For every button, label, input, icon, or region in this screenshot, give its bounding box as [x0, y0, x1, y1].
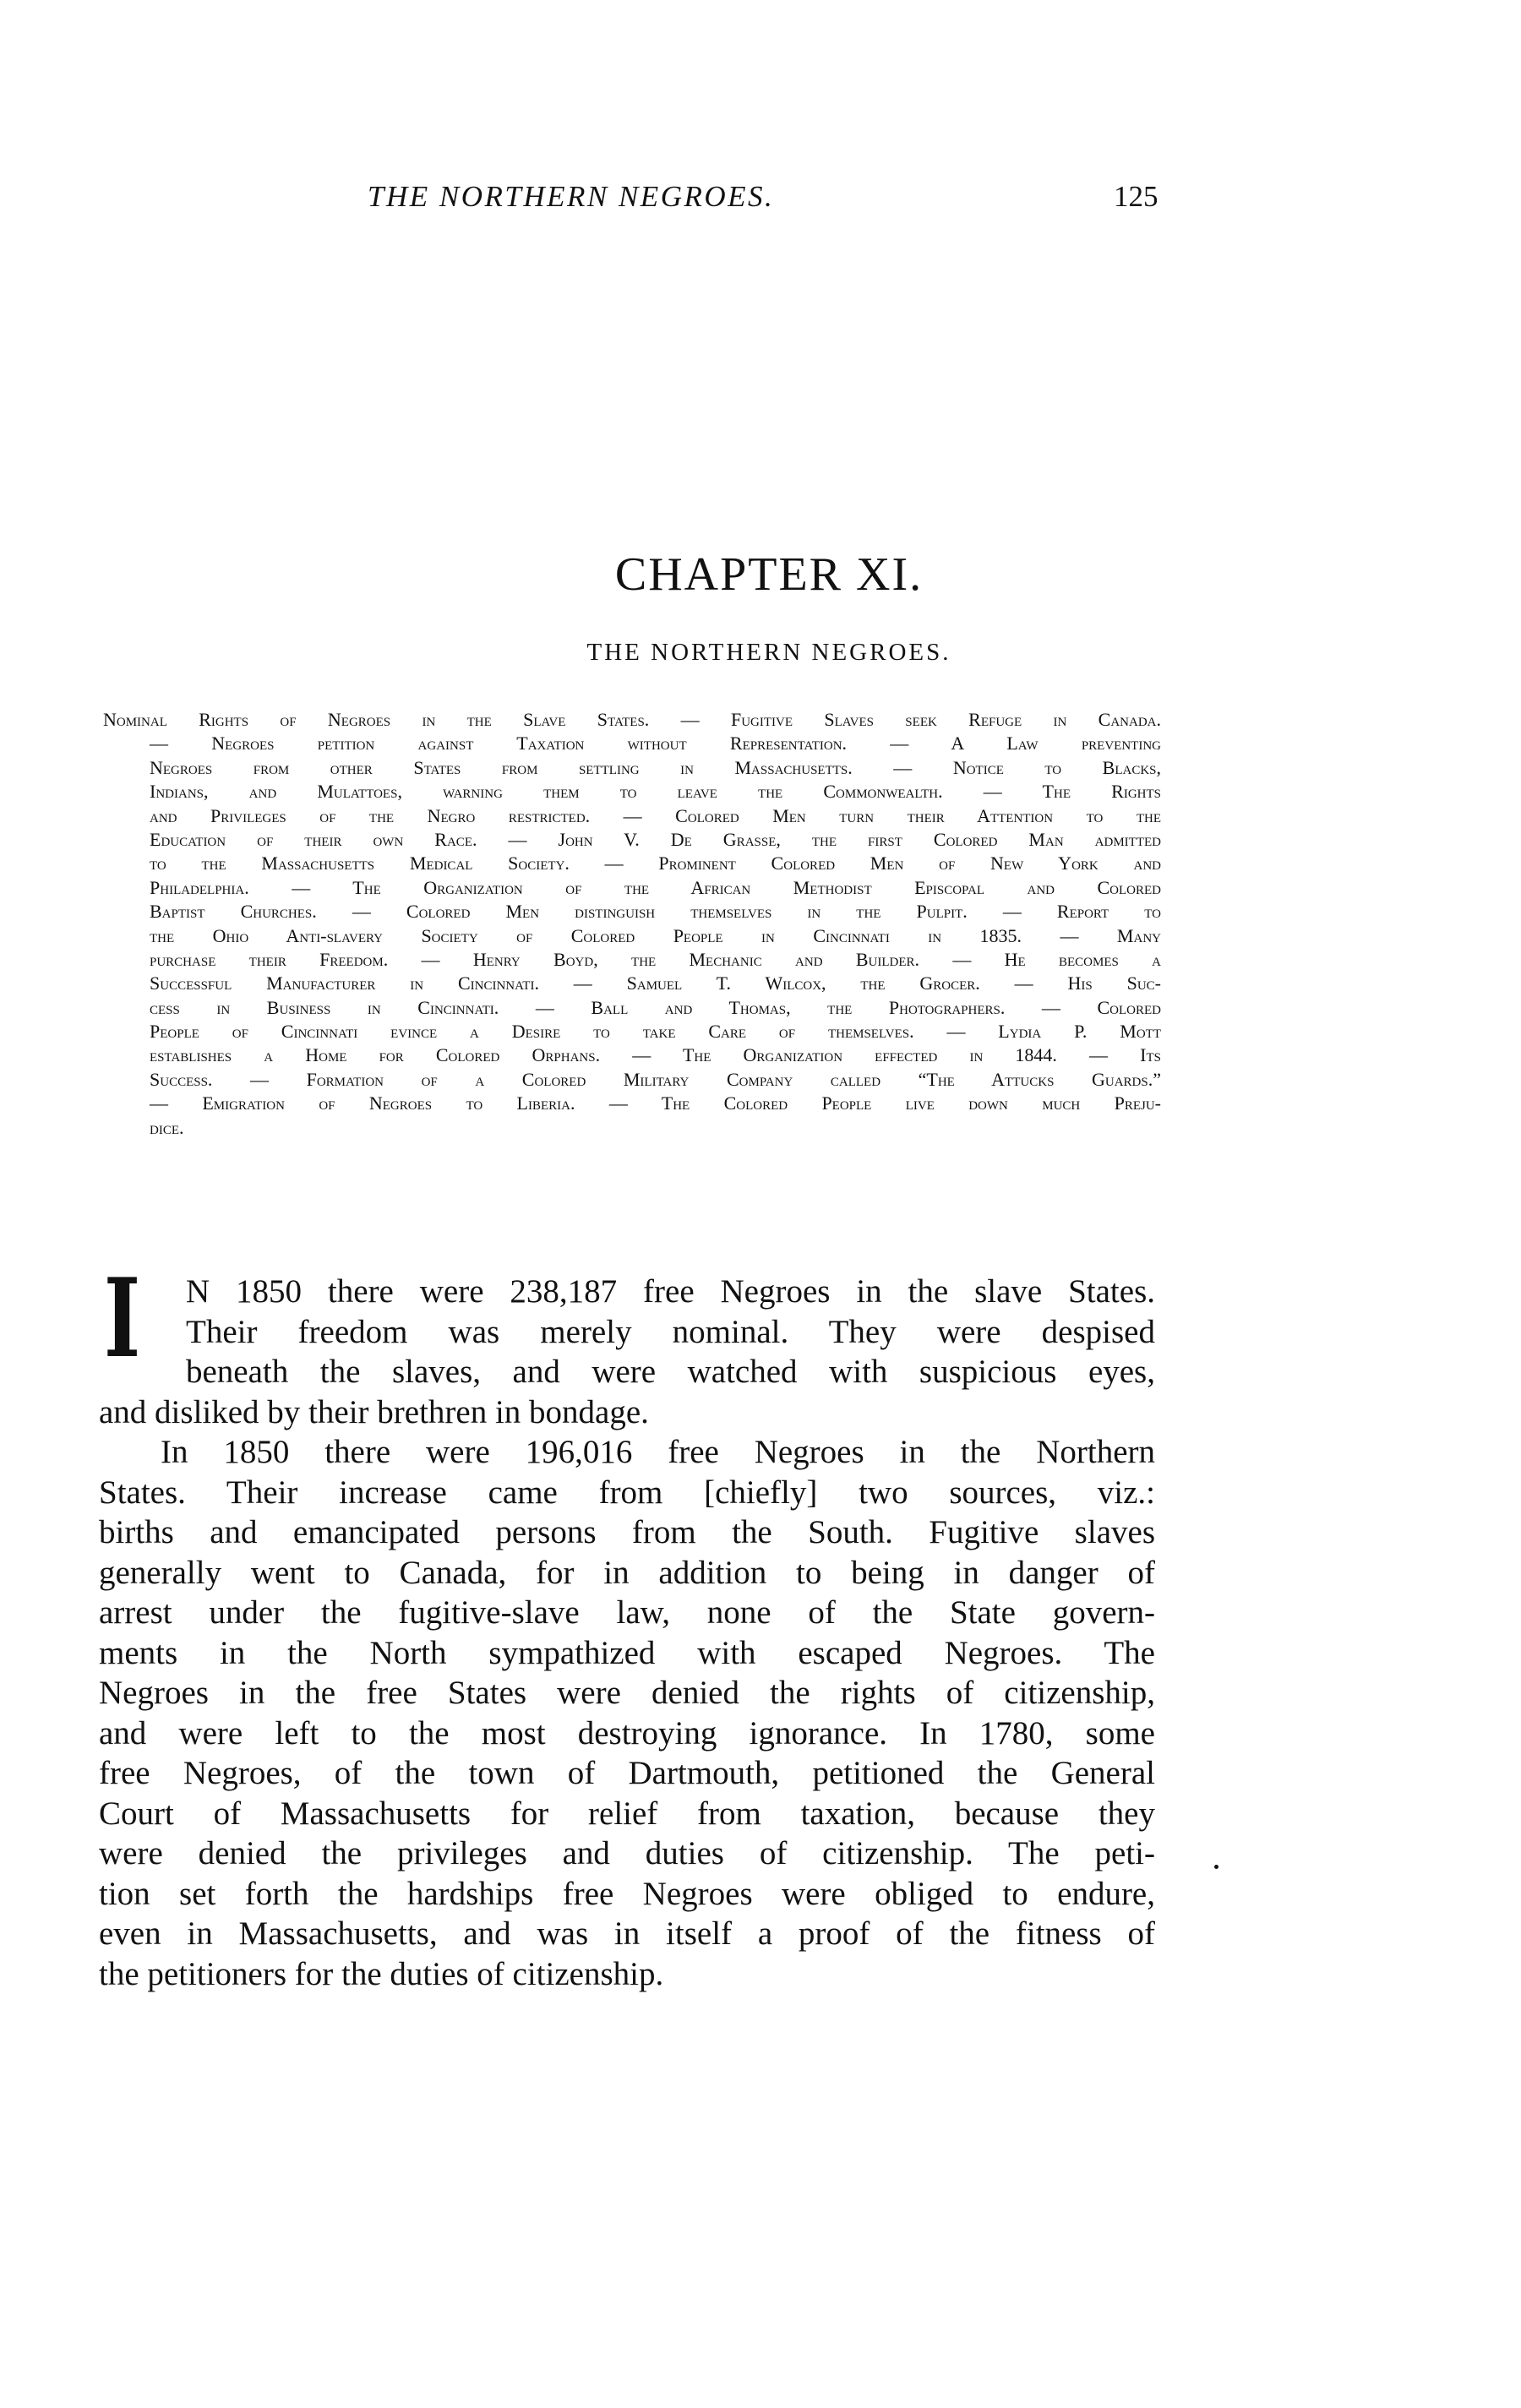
- body-line: N 1850 there were 238,187 free Negroes i…: [186, 1272, 1155, 1312]
- scan-speck: [1214, 1865, 1218, 1869]
- body-line: and were left to the most destroying ign…: [99, 1713, 1155, 1754]
- summary-line: Education of their own Race. — John V. D…: [150, 828, 1161, 852]
- summary-line: Baptist Churches. — Colored Men distingu…: [150, 900, 1161, 923]
- body-line: In 1850 there were 196,016 free Negroes …: [161, 1432, 1155, 1473]
- summary-line: Indians, and Mulattoes, warning them to …: [150, 780, 1161, 804]
- summary-line: establishes a Home for Colored Orphans. …: [150, 1043, 1161, 1067]
- summary-line: Successful Manufacturer in Cincinnati. —…: [150, 972, 1161, 995]
- body-line: States. Their increase came from [chiefl…: [99, 1473, 1155, 1513]
- summary-line: — Negroes petition against Taxation with…: [150, 732, 1161, 755]
- body-line: births and emancipated persons from the …: [99, 1512, 1155, 1553]
- summary-line: Philadelphia. — The Organization of the …: [150, 876, 1161, 900]
- body-line: beneath the slaves, and were watched wit…: [186, 1352, 1155, 1392]
- running-head: THE NORTHERN NEGROES. 125: [0, 176, 1521, 218]
- chapter-summary: Nominal Rights of Negroes in the Slave S…: [103, 708, 1161, 1140]
- body-line: Court of Massachusetts for relief from t…: [99, 1794, 1155, 1834]
- running-head-title: THE NORTHERN NEGROES.: [368, 176, 774, 218]
- body-line: tion set forth the hardships free Negroe…: [99, 1874, 1155, 1915]
- summary-line: dice.: [150, 1116, 1161, 1140]
- summary-line: cess in Business in Cincinnati. — Ball a…: [150, 996, 1161, 1020]
- summary-line: Success. — Formation of a Colored Milita…: [150, 1068, 1161, 1092]
- body-line: Their freedom was merely nominal. They w…: [186, 1312, 1155, 1353]
- body-line: the petitioners for the duties of citize…: [99, 1954, 1155, 1995]
- body-text: I N 1850 there were 238,187 free Negroes…: [99, 1272, 1155, 1994]
- summary-line: People of Cincinnati evince a Desire to …: [150, 1020, 1161, 1043]
- page-number: 125: [1114, 176, 1158, 218]
- drop-cap: I: [104, 1277, 140, 1361]
- body-line: were denied the privileges and duties of…: [99, 1833, 1155, 1874]
- body-line: and disliked by their brethren in bondag…: [99, 1392, 1155, 1433]
- summary-line: to the Massachusetts Medical Society. — …: [150, 852, 1161, 875]
- body-line: Negroes in the free States were denied t…: [99, 1673, 1155, 1713]
- chapter-title: THE NORTHERN NEGROES.: [0, 635, 1521, 669]
- summary-line: the Ohio Anti-slavery Society of Colored…: [150, 924, 1161, 948]
- body-line: even in Massachusetts, and was in itself…: [99, 1914, 1155, 1954]
- summary-line: purchase their Freedom. — Henry Boyd, th…: [150, 948, 1161, 972]
- summary-line: Negroes from other States from settling …: [150, 756, 1161, 780]
- summary-line: — Emigration of Negroes to Liberia. — Th…: [150, 1092, 1161, 1115]
- body-line: generally went to Canada, for in additio…: [99, 1553, 1155, 1594]
- summary-line: Nominal Rights of Negroes in the Slave S…: [103, 708, 1161, 732]
- body-line: ments in the North sympathized with esca…: [99, 1633, 1155, 1674]
- summary-line: and Privileges of the Negro restricted. …: [150, 804, 1161, 828]
- body-line: arrest under the fugitive-slave law, non…: [99, 1593, 1155, 1633]
- body-line: free Negroes, of the town of Dartmouth, …: [99, 1753, 1155, 1794]
- chapter-number: CHAPTER XI.: [0, 545, 1521, 604]
